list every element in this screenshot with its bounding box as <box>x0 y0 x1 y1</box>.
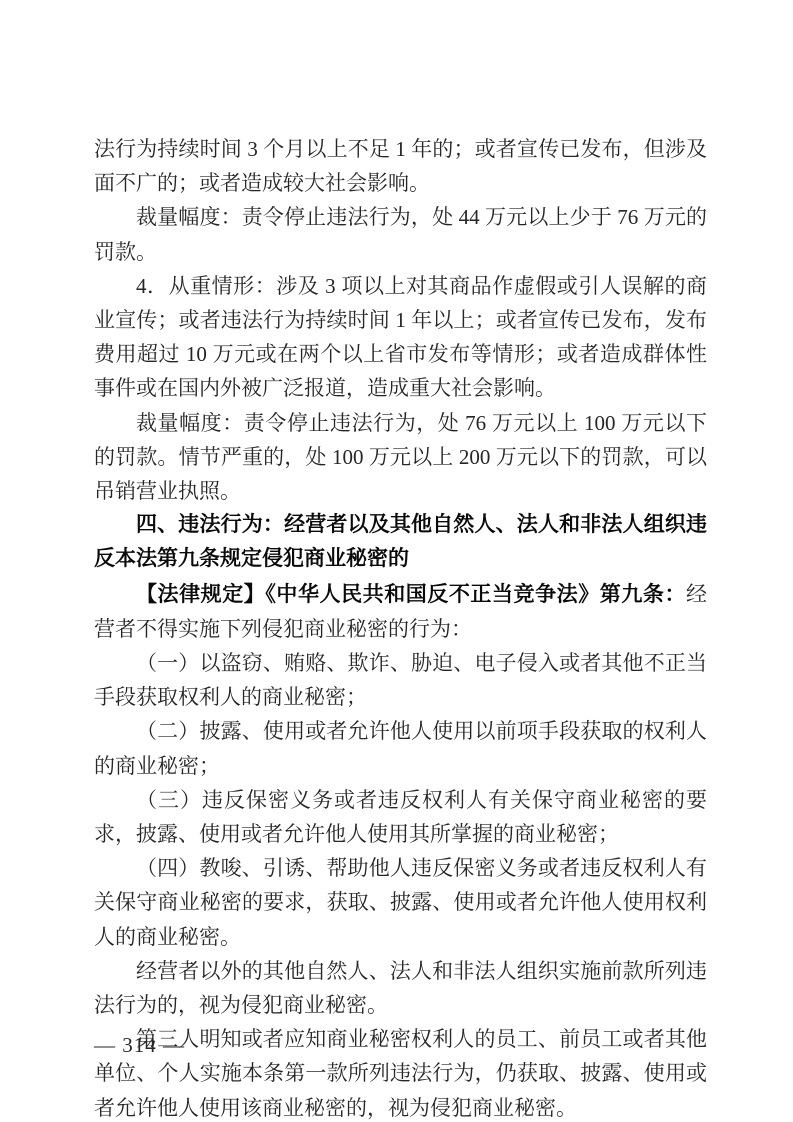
section-heading-4: 四、违法行为：经营者以及其他自然人、法人和非法人组织违反本法第九条规定侵犯商业秘… <box>94 508 707 576</box>
paragraph-discretion-range-3: 裁量幅度：责令停止违法行为，处 44 万元以上少于 76 万元的罚款。 <box>94 200 707 268</box>
legal-provision-label: 【法律规定】《中华人民共和国反不正当竞争法》第九条： <box>136 583 686 606</box>
paragraph-third-party: 第三人明知或者应知商业秘密权利人的员工、前员工或者其他单位、个人实施本条第一款所… <box>94 1022 707 1122</box>
paragraph-aggravating-circumstances: 4．从重情形：涉及 3 项以上对其商品作虚假或引人误解的商业宣传；或者违法行为持… <box>94 269 707 406</box>
paragraph-item-4: （四）教唆、引诱、帮助他人违反保密义务或者违反权利人有关保守商业秘密的要求，获取… <box>94 851 707 954</box>
paragraph-other-entities: 经营者以外的其他自然人、法人和非法人组织实施前款所列违法行为的，视为侵犯商业秘密… <box>94 954 707 1022</box>
paragraph-legal-provision: 【法律规定】《中华人民共和国反不正当竞争法》第九条：经营者不得实施下列侵犯商业秘… <box>94 577 707 646</box>
page-footer: — 314 — <box>94 1031 185 1059</box>
paragraph-item-3: （三）违反保密义务或者违反权利人有关保守商业秘密的要求，披露、使用或者允许他人使… <box>94 783 707 851</box>
main-text-block: 法行为持续时间 3 个月以上不足 1 年的；或者宣传已发布，但涉及面不广的；或者… <box>94 132 707 1122</box>
paragraph-continuation: 法行为持续时间 3 个月以上不足 1 年的；或者宣传已发布，但涉及面不广的；或者… <box>94 132 707 200</box>
paragraph-discretion-range-4: 裁量幅度：责令停止违法行为，处 76 万元以上 100 万元以下的罚款。情节严重… <box>94 406 707 509</box>
paragraph-item-2: （二）披露、使用或者允许他人使用以前项手段获取的权利人的商业秘密； <box>94 714 707 782</box>
document-page: 法行为持续时间 3 个月以上不足 1 年的；或者宣传已发布，但涉及面不广的；或者… <box>0 0 793 1122</box>
paragraph-item-1: （一）以盗窃、贿赂、欺诈、胁迫、电子侵入或者其他不正当手段获取权利人的商业秘密； <box>94 646 707 714</box>
page-number: — 314 — <box>94 1033 185 1057</box>
